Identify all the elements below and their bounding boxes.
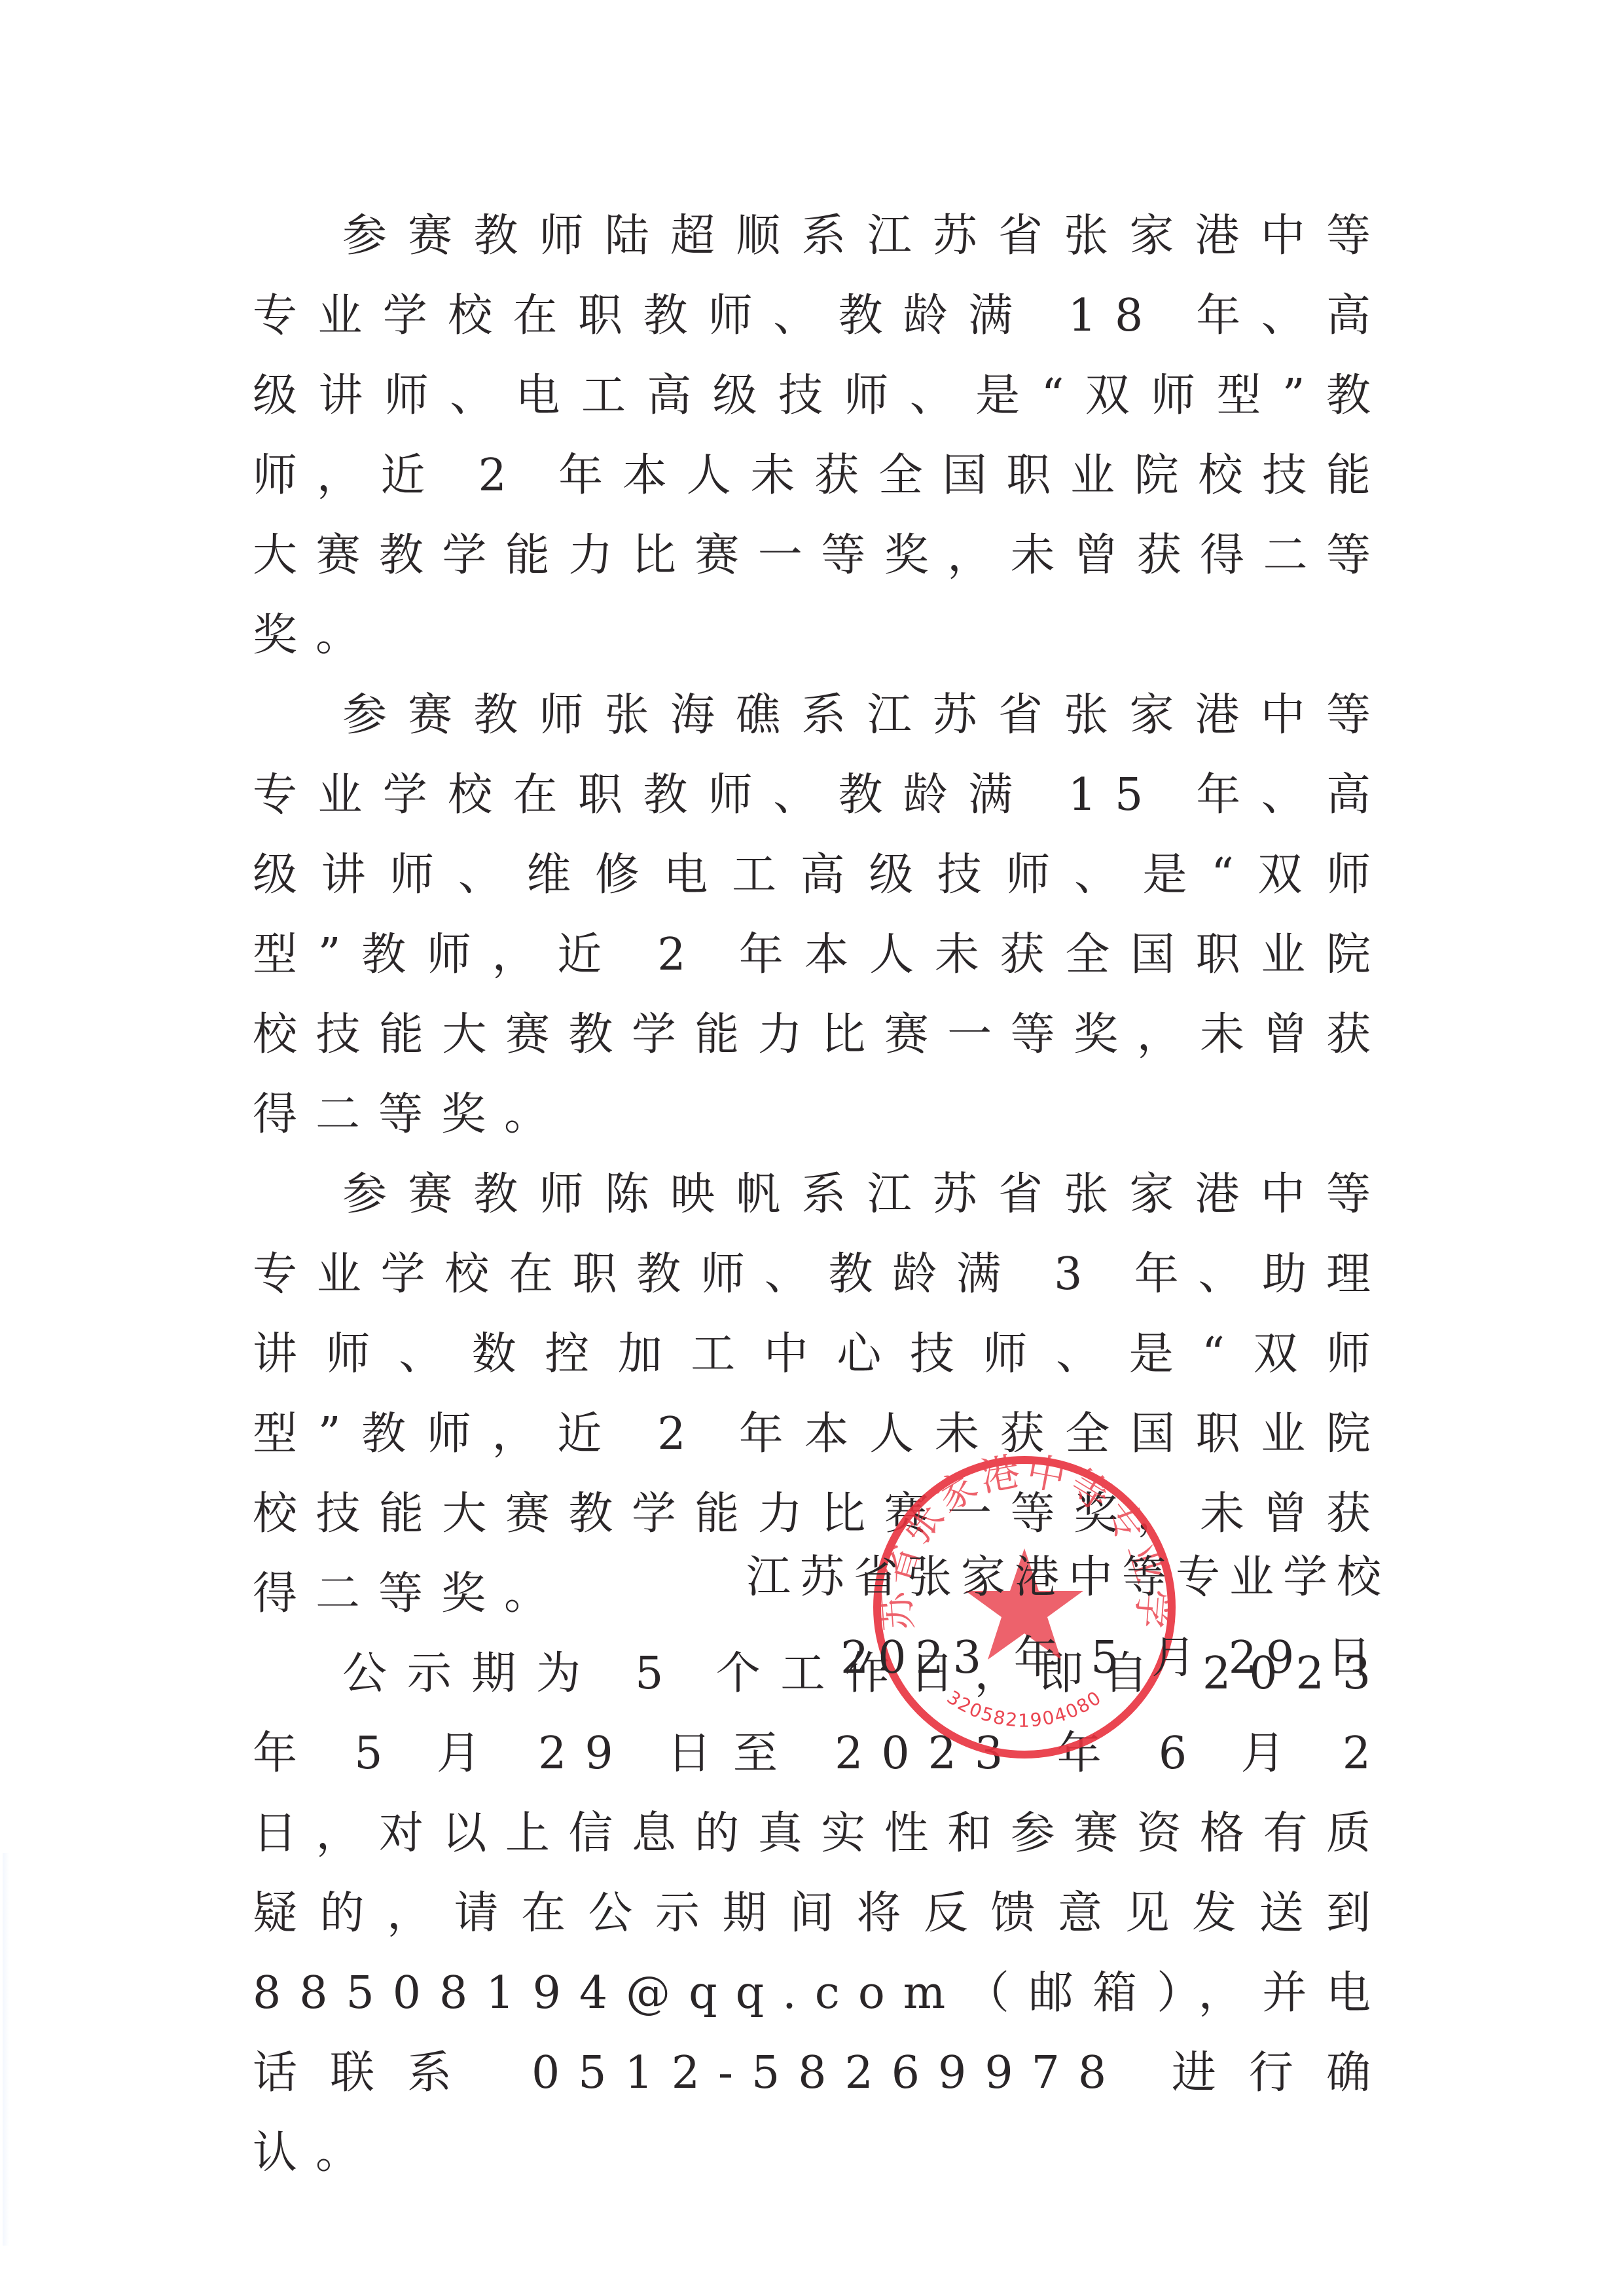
- document-page: 参赛教师陆超顺系江苏省张家港中等专业学校在职教师、教龄满 18 年、高级讲师、电…: [0, 0, 1624, 2296]
- paragraph-teacher-3: 参赛教师陈映帆系江苏省张家港中等专业学校在职教师、教龄满 3 年、助理讲师、数控…: [253, 1155, 1389, 1634]
- paragraph-teacher-1: 参赛教师陆超顺系江苏省张家港中等专业学校在职教师、教龄满 18 年、高级讲师、电…: [253, 196, 1389, 676]
- scan-edge-shadow: [3, 1853, 9, 2246]
- paragraph-publicity-period: 公示期为 5 个工作日，即自 2023 年 5 月 29 日至 2023 年 6…: [253, 1634, 1389, 2193]
- notice-body: 参赛教师陆超顺系江苏省张家港中等专业学校在职教师、教龄满 18 年、高级讲师、电…: [253, 196, 1389, 2193]
- paragraph-teacher-2: 参赛教师张海礁系江苏省张家港中等专业学校在职教师、教龄满 15 年、高级讲师、维…: [253, 676, 1389, 1155]
